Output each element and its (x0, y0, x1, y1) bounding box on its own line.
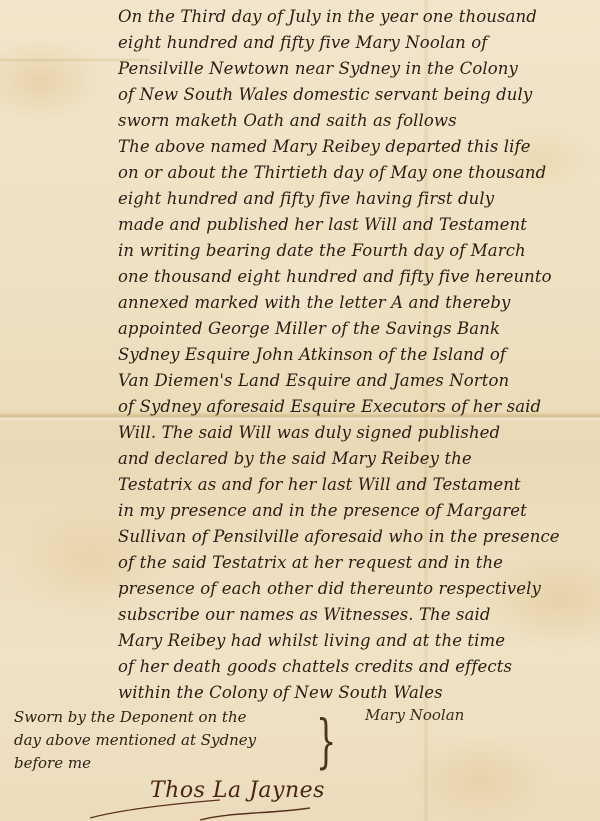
body-line: in my presence and in the presence of Ma… (118, 498, 598, 524)
body-line: on or about the Thirtieth day of May one… (118, 160, 598, 186)
body-line: Testatrix as and for her last Will and T… (118, 472, 598, 498)
body-line: sworn maketh Oath and saith as follows (118, 108, 598, 134)
body-line: On the Third day of July in the year one… (118, 4, 598, 30)
body-line: eight hundred and fifty five having firs… (118, 186, 598, 212)
jurat-line: Sworn by the Deponent on the (14, 706, 256, 729)
jurat-line: before me (14, 752, 256, 775)
body-line: within the Colony of New South Wales (118, 680, 598, 706)
curly-brace-mark: } (316, 712, 336, 770)
body-line: eight hundred and fifty five Mary Noolan… (118, 30, 598, 56)
body-line: presence of each other did thereunto res… (118, 576, 598, 602)
body-line: one thousand eight hundred and fifty fiv… (118, 264, 598, 290)
affidavit-body: On the Third day of July in the year one… (118, 4, 598, 706)
body-line: appointed George Miller of the Savings B… (118, 316, 598, 342)
body-line: The above named Mary Reibey departed thi… (118, 134, 598, 160)
body-line: made and published her last Will and Tes… (118, 212, 598, 238)
jurat-block: Sworn by the Deponent on the day above m… (14, 706, 256, 775)
commissioner-signature: Thos La Jaynes (150, 778, 325, 803)
body-line: and declared by the said Mary Reibey the (118, 446, 598, 472)
body-line: Mary Reibey had whilst living and at the… (118, 628, 598, 654)
body-line: subscribe our names as Witnesses. The sa… (118, 602, 598, 628)
body-line: Will. The said Will was duly signed publ… (118, 420, 598, 446)
body-line: of Sydney aforesaid Esquire Executors of… (118, 394, 598, 420)
deponent-signature: Mary Noolan (365, 706, 464, 724)
jurat-line: day above mentioned at Sydney (14, 729, 256, 752)
body-line: Pensilville Newtown near Sydney in the C… (118, 56, 598, 82)
body-line: Van Diemen's Land Esquire and James Nort… (118, 368, 598, 394)
body-line: annexed marked with the letter A and the… (118, 290, 598, 316)
body-line: of her death goods chattels credits and … (118, 654, 598, 680)
body-line: Sydney Esquire John Atkinson of the Isla… (118, 342, 598, 368)
body-line: of the said Testatrix at her request and… (118, 550, 598, 576)
body-line: of New South Wales domestic servant bein… (118, 82, 598, 108)
body-line: in writing bearing date the Fourth day o… (118, 238, 598, 264)
body-line: Sullivan of Pensilville aforesaid who in… (118, 524, 598, 550)
